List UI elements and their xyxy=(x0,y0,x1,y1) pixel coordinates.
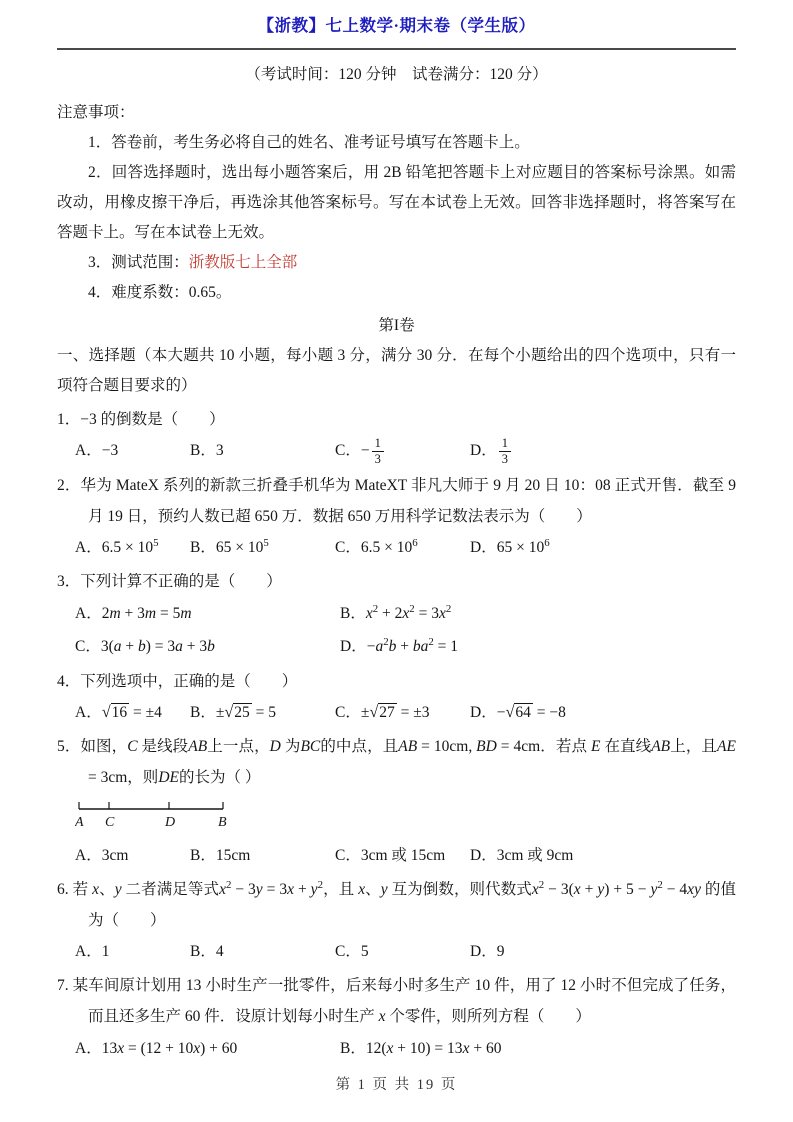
question-4: 4．下列选项中，正确的是（ ） A．√16 = ±4 B．±√25 = 5 C．… xyxy=(57,666,736,728)
question-5: 5．如图，C 是线段AB上一点，D 为BC的中点，且AB = 10cm, BD … xyxy=(57,731,736,871)
notice-item-3-prefix: 3．测试范围： xyxy=(88,254,189,271)
question-2: 2．华为 MateX 系列的新款三折叠手机华为 MateXT 非凡大师于 9 月… xyxy=(57,470,736,563)
option-c: C．±√27 = ±3 xyxy=(335,697,470,728)
option-a-value: 13x = (12 + 10x) + 60 xyxy=(102,1040,238,1057)
question-3-text: 下列计算不正确的是（ ） xyxy=(80,573,282,590)
option-b-label: B． xyxy=(340,1040,366,1057)
option-b-label: B． xyxy=(190,847,216,864)
question-3-options-row-1: A．2m + 3m = 5m B．x2 + 2x2 = 3x2 xyxy=(57,597,736,630)
option-c-value: 5 xyxy=(361,943,369,960)
option-d-value: 9 xyxy=(497,943,505,960)
option-b-value: 65 × 105 xyxy=(216,539,269,556)
figure-label-b: B xyxy=(218,815,227,830)
option-c-value: ±√27 = ±3 xyxy=(361,704,430,721)
option-c-label: C． xyxy=(335,442,361,459)
figure-label-d: D xyxy=(164,815,175,830)
question-6-stem: 6. 若 x、y 二者满足等式x2 − 3y = 3x + y2，且 x、y 互… xyxy=(57,874,736,936)
option-b-value: x2 + 2x2 = 3x2 xyxy=(366,605,451,622)
option-a: A．6.5 × 105 xyxy=(75,532,190,563)
option-a-label: A． xyxy=(75,847,102,864)
option-c-label: C． xyxy=(335,539,361,556)
option-d: D．−a2b + ba2 = 1 xyxy=(340,630,736,663)
option-a: A．1 xyxy=(75,936,190,967)
option-a-value: −3 xyxy=(102,442,119,459)
question-1: 1．−3 的倒数是（ ） A．−3 B．3 C．−13 D．13 xyxy=(57,404,736,467)
option-b: B．65 × 105 xyxy=(190,532,335,563)
question-4-text: 下列选项中，正确的是（ ） xyxy=(80,673,297,690)
question-2-stem: 2．华为 MateX 系列的新款三折叠手机华为 MateXT 非凡大师于 9 月… xyxy=(57,470,736,532)
question-4-options: A．√16 = ±4 B．±√25 = 5 C．±√27 = ±3 D．−√64… xyxy=(57,697,736,728)
page-title: 【浙教】七上数学·期末卷（学生版） xyxy=(57,14,736,38)
option-a-value: 6.5 × 105 xyxy=(102,539,159,556)
option-b-label: B． xyxy=(190,943,216,960)
option-b-value: 4 xyxy=(216,943,224,960)
option-c-label: C． xyxy=(335,847,361,864)
option-c-label: C． xyxy=(75,638,101,655)
question-2-text: 华为 MateX 系列的新款三折叠手机华为 MateXT 非凡大师于 9 月 2… xyxy=(81,477,736,525)
option-a-value: √16 = ±4 xyxy=(102,704,162,721)
question-3-stem: 3．下列计算不正确的是（ ） xyxy=(57,566,736,597)
option-a-value: 2m + 3m = 5m xyxy=(102,605,192,622)
question-1-stem: 1．−3 的倒数是（ ） xyxy=(57,404,736,435)
option-a-label: A． xyxy=(75,539,102,556)
option-c-label: C． xyxy=(335,943,361,960)
option-b: B．±√25 = 5 xyxy=(190,697,335,728)
notice-item-4: 4．难度系数：0.65。 xyxy=(57,278,736,308)
option-d-value: 13 xyxy=(497,442,513,459)
option-c: C．5 xyxy=(335,936,470,967)
question-7-text: 某车间原计划用 13 小时生产一批零件，后来每小时多生产 10 件，用了 12 … xyxy=(73,977,736,1025)
question-1-text: −3 的倒数是（ ） xyxy=(80,411,224,428)
option-a-label: A． xyxy=(75,704,102,721)
question-4-number: 4． xyxy=(57,673,80,690)
option-a: A．3cm xyxy=(75,840,190,871)
option-c-value: 6.5 × 106 xyxy=(361,539,418,556)
option-d-label: D． xyxy=(470,847,497,864)
question-6-options: A．1 B．4 C．5 D．9 xyxy=(57,936,736,967)
figure-label-a: A xyxy=(75,815,84,830)
option-b-value: 15cm xyxy=(216,847,250,864)
option-d-label: D． xyxy=(470,704,497,721)
exam-info-line: （考试时间：120 分钟 试卷满分：120 分） xyxy=(57,62,736,88)
question-3: 3．下列计算不正确的是（ ） A．2m + 3m = 5m B．x2 + 2x2… xyxy=(57,566,736,663)
option-c: C．−13 xyxy=(335,435,470,467)
option-d-value: 65 × 106 xyxy=(497,539,550,556)
option-d: D．3cm 或 9cm xyxy=(470,840,736,871)
question-3-options-row-2: C．3(a + b) = 3a + 3b D．−a2b + ba2 = 1 xyxy=(57,630,736,663)
option-b: B．x2 + 2x2 = 3x2 xyxy=(340,597,736,630)
option-d-value: 3cm 或 9cm xyxy=(497,847,574,864)
option-c-value: 3cm 或 15cm xyxy=(361,847,445,864)
option-b: B．12(x + 10) = 13x + 60 xyxy=(340,1032,736,1065)
option-d-value: −√64 = −8 xyxy=(497,704,566,721)
part-title: 第I卷 xyxy=(57,311,736,341)
option-a: A．√16 = ±4 xyxy=(75,697,190,728)
option-a-value: 1 xyxy=(102,943,110,960)
option-d-label: D． xyxy=(470,442,497,459)
notice-item-3: 3．测试范围：浙教版七上全部 xyxy=(57,248,736,278)
option-c-value: 3(a + b) = 3a + 3b xyxy=(101,638,215,655)
option-b: B．4 xyxy=(190,936,335,967)
option-a-label: A． xyxy=(75,442,102,459)
question-5-number: 5． xyxy=(57,738,80,755)
option-d-label: D． xyxy=(470,943,497,960)
question-5-text: 如图，C 是线段AB上一点，D 为BC的中点，且AB = 10cm, BD = … xyxy=(80,738,736,786)
option-a: A．2m + 3m = 5m xyxy=(75,597,340,630)
option-d: D．65 × 106 xyxy=(470,532,736,563)
section-intro: 一、选择题（本大题共 10 小题，每小题 3 分，满分 30 分．在每个小题给出… xyxy=(57,341,736,401)
segment-figure: A C D B xyxy=(75,799,736,838)
header-divider xyxy=(57,48,736,50)
notices-heading: 注意事项： xyxy=(57,98,736,128)
option-a: A．13x = (12 + 10x) + 60 xyxy=(75,1032,340,1065)
test-scope-highlight: 浙教版七上全部 xyxy=(189,254,298,271)
option-b: B．3 xyxy=(190,435,335,466)
option-b-value: 3 xyxy=(216,442,224,459)
question-5-stem: 5．如图，C 是线段AB上一点，D 为BC的中点，且AB = 10cm, BD … xyxy=(57,731,736,793)
question-1-options: A．−3 B．3 C．−13 D．13 xyxy=(57,435,736,467)
option-d: D．9 xyxy=(470,936,736,967)
option-b-label: B． xyxy=(190,442,216,459)
question-4-stem: 4．下列选项中，正确的是（ ） xyxy=(57,666,736,697)
option-c: C．3cm 或 15cm xyxy=(335,840,470,871)
option-d: D．−√64 = −8 xyxy=(470,697,736,728)
question-1-number: 1． xyxy=(57,411,80,428)
option-b-value: ±√25 = 5 xyxy=(216,704,276,721)
option-b-label: B． xyxy=(190,539,216,556)
option-d-value: −a2b + ba2 = 1 xyxy=(367,638,458,655)
option-b-label: B． xyxy=(190,704,216,721)
exam-page: 【浙教】七上数学·期末卷（学生版） （考试时间：120 分钟 试卷满分：120 … xyxy=(0,0,793,1122)
option-c-label: C． xyxy=(335,704,361,721)
notice-item-1: 1．答卷前，考生务必将自己的姓名、准考证号填写在答题卡上。 xyxy=(57,128,736,158)
option-a: A．−3 xyxy=(75,435,190,466)
option-a-label: A． xyxy=(75,1040,102,1057)
question-6: 6. 若 x、y 二者满足等式x2 − 3y = 3x + y2，且 x、y 互… xyxy=(57,874,736,967)
question-5-options: A．3cm B．15cm C．3cm 或 15cm D．3cm 或 9cm xyxy=(57,840,736,871)
notice-item-2: 2．回答选择题时，选出每小题答案后，用 2B 铅笔把答题卡上对应题目的答案标号涂… xyxy=(57,158,736,248)
question-7-options: A．13x = (12 + 10x) + 60 B．12(x + 10) = 1… xyxy=(57,1032,736,1065)
question-7-number: 7. xyxy=(57,977,73,994)
option-d-label: D． xyxy=(340,638,367,655)
option-c: C．6.5 × 106 xyxy=(335,532,470,563)
option-b-label: B． xyxy=(340,605,366,622)
question-6-number: 6. xyxy=(57,881,73,898)
option-d-label: D． xyxy=(470,539,497,556)
question-2-number: 2． xyxy=(57,477,81,494)
page-footer: 第 1 页 共 19 页 xyxy=(0,1073,793,1094)
question-6-text: 若 x、y 二者满足等式x2 − 3y = 3x + y2，且 x、y 互为倒数… xyxy=(73,881,736,929)
option-a-label: A． xyxy=(75,943,102,960)
question-3-number: 3． xyxy=(57,573,80,590)
option-a-label: A． xyxy=(75,605,102,622)
option-b-value: 12(x + 10) = 13x + 60 xyxy=(366,1040,502,1057)
question-2-options: A．6.5 × 105 B．65 × 105 C．6.5 × 106 D．65 … xyxy=(57,532,736,563)
question-7-stem: 7. 某车间原计划用 13 小时生产一批零件，后来每小时多生产 10 件，用了 … xyxy=(57,970,736,1032)
question-7: 7. 某车间原计划用 13 小时生产一批零件，后来每小时多生产 10 件，用了 … xyxy=(57,970,736,1065)
option-d: D．13 xyxy=(470,435,736,467)
figure-label-c: C xyxy=(105,815,115,830)
option-c: C．3(a + b) = 3a + 3b xyxy=(75,630,340,663)
option-c-value: −13 xyxy=(361,442,386,459)
option-a-value: 3cm xyxy=(102,847,129,864)
option-b: B．15cm xyxy=(190,840,335,871)
